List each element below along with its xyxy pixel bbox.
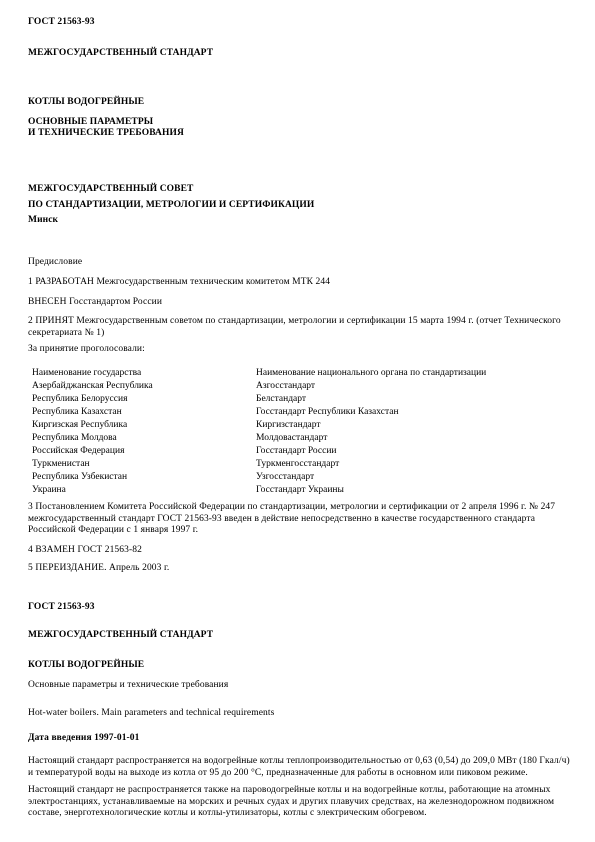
vote-table: Наименование государства Наименование на…	[32, 367, 577, 497]
foreword-item-4: 4 ВЗАМЕН ГОСТ 21563-82	[28, 545, 577, 557]
state-name: Киргизская Республика	[32, 419, 256, 432]
state-name: Украина	[32, 484, 256, 497]
scope-paragraph-1: Настоящий стандарт распространяется на в…	[28, 756, 577, 779]
document-subtitle-line1: ОСНОВНЫЕ ПАРАМЕТРЫ	[28, 117, 577, 129]
table-row: Республика Белоруссия Белстандарт	[32, 393, 577, 406]
subtitle-russian: Основные параметры и технические требова…	[28, 680, 577, 692]
table-row: Республика Молдова Молдовастандарт	[32, 432, 577, 445]
state-name: Республика Молдова	[32, 432, 256, 445]
state-name: Азербайджанская Республика	[32, 380, 256, 393]
document-subtitle-line2: И ТЕХНИЧЕСКИЕ ТРЕБОВАНИЯ	[28, 128, 577, 140]
doc-code-second: ГОСТ 21563-93	[28, 602, 577, 614]
state-name: Республика Казахстан	[32, 406, 256, 419]
subtitle-english: Hot-water boilers. Main parameters and t…	[28, 708, 577, 720]
table-row: Республика Казахстан Госстандарт Республ…	[32, 406, 577, 419]
foreword-item-2: 2 ПРИНЯТ Межгосударственным советом по с…	[28, 316, 577, 339]
body-name: Киргизстандарт	[256, 419, 577, 432]
state-name: Республика Белоруссия	[32, 393, 256, 406]
state-name: Российская Федерация	[32, 445, 256, 458]
standard-kind-top: МЕЖГОСУДАРСТВЕННЫЙ СТАНДАРТ	[28, 48, 577, 60]
foreword-item-5: 5 ПЕРЕИЗДАНИЕ. Апрель 2003 г.	[28, 563, 577, 575]
document-title: КОТЛЫ ВОДОГРЕЙНЫЕ	[28, 97, 577, 109]
document-title-second: КОТЛЫ ВОДОГРЕЙНЫЕ	[28, 660, 577, 672]
foreword-item-1b: ВНЕСЕН Госстандартом России	[28, 297, 577, 309]
body-name: Молдовастандарт	[256, 432, 577, 445]
vote-table-col2-header: Наименование национального органа по ста…	[256, 367, 577, 380]
body-name: Госстандарт Украины	[256, 484, 577, 497]
table-row: Республика Узбекистан Узгосстандарт	[32, 471, 577, 484]
council-line1: МЕЖГОСУДАРСТВЕННЫЙ СОВЕТ	[28, 184, 577, 196]
council-line2: ПО СТАНДАРТИЗАЦИИ, МЕТРОЛОГИИ И СЕРТИФИК…	[28, 200, 577, 212]
body-name: Узгосстандарт	[256, 471, 577, 484]
table-row: Азербайджанская Республика Азгосстандарт	[32, 380, 577, 393]
table-row: Украина Госстандарт Украины	[32, 484, 577, 497]
vote-table-col1-header: Наименование государства	[32, 367, 256, 380]
standard-kind-second: МЕЖГОСУДАРСТВЕННЫЙ СТАНДАРТ	[28, 630, 577, 642]
body-name: Белстандарт	[256, 393, 577, 406]
foreword-item-1: 1 РАЗРАБОТАН Межгосударственным техничес…	[28, 277, 577, 289]
body-name: Туркменгосстандарт	[256, 458, 577, 471]
table-row: Киргизская Республика Киргизстандарт	[32, 419, 577, 432]
body-name: Госстандарт России	[256, 445, 577, 458]
effective-date: Дата введения 1997-01-01	[28, 733, 577, 745]
table-row: Российская Федерация Госстандарт России	[32, 445, 577, 458]
table-row: Туркменистан Туркменгосстандарт	[32, 458, 577, 471]
foreword-item-3: 3 Постановлением Комитета Российской Фед…	[28, 502, 577, 537]
doc-code-top: ГОСТ 21563-93	[28, 17, 577, 29]
state-name: Республика Узбекистан	[32, 471, 256, 484]
foreword-heading: Предисловие	[28, 257, 577, 269]
body-name: Азгосстандарт	[256, 380, 577, 393]
state-name: Туркменистан	[32, 458, 256, 471]
document-page: { "page1": { "doc_code": "ГОСТ 21563-93"…	[0, 0, 595, 842]
vote-table-header-row: Наименование государства Наименование на…	[32, 367, 577, 380]
city-label: Минск	[28, 215, 577, 227]
scope-paragraph-2: Настоящий стандарт не распространяется т…	[28, 785, 577, 820]
vote-intro: За принятие проголосовали:	[28, 344, 577, 356]
body-name: Госстандарт Республики Казахстан	[256, 406, 577, 419]
